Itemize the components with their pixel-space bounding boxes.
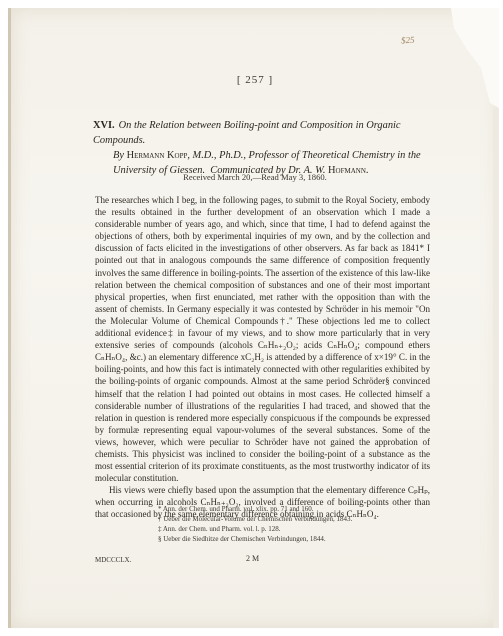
paragraph-1: The researches which I beg, in the follo… xyxy=(95,194,430,484)
title-line-1: On the Relation between Boiling-point an… xyxy=(93,120,401,146)
article-title: XVI.On the Relation between Boiling-poin… xyxy=(93,118,433,178)
by-label: By xyxy=(113,150,124,161)
document-page: $25 [ 257 ] XVI.On the Relation between … xyxy=(8,8,499,628)
signature-mark: 2 M xyxy=(246,554,259,563)
footnote-4: § Ueber die Siedhitze der Chemischen Ver… xyxy=(158,534,352,544)
article-number: XVI. xyxy=(93,120,115,131)
footnote-3: ‡ Ann. der Chem. und Pharm. vol. l. p. 1… xyxy=(158,524,352,534)
pencil-price-note: $25 xyxy=(401,35,415,46)
author-name: Hermann Kopp xyxy=(127,150,188,161)
received-date: Received March 20,—Read May 3, 1860. xyxy=(11,172,499,182)
page-edge xyxy=(493,108,499,628)
article-body: The researches which I beg, in the follo… xyxy=(95,194,430,521)
footnote-2: † Ueber die Molecular-Volume der Chemisc… xyxy=(158,514,352,524)
page-number: [ 257 ] xyxy=(11,74,499,86)
footnotes: * Ann. der Chem. und Pharm. vol. xlix. p… xyxy=(158,504,352,544)
author-credentials: , M.D., Ph.D., Professor of Theoretical … xyxy=(187,150,420,161)
footer-year: MDCCCLX. xyxy=(95,556,131,564)
torn-corner xyxy=(439,8,499,108)
footnote-1: * Ann. der Chem. und Pharm. vol. xlix. p… xyxy=(158,504,352,514)
